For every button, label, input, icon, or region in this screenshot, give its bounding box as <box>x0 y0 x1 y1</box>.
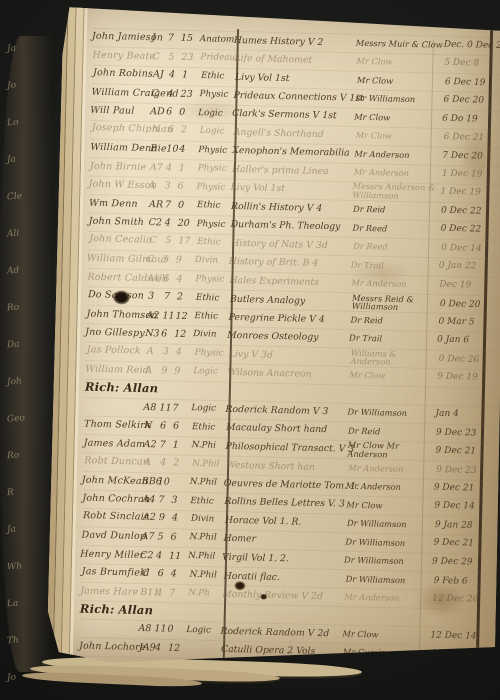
press-number: 7 <box>164 292 177 302</box>
class-name: Divin <box>195 257 229 267</box>
borrower-name: Robt Duncan <box>84 456 144 467</box>
class-name: Logic <box>198 109 232 119</box>
return-date: Dec 19 <box>439 280 500 291</box>
borrower-name: Do Samson <box>88 290 148 301</box>
professor-name: Dr Reed <box>353 242 441 253</box>
press-number: 4 <box>169 71 182 81</box>
class-name: Ethic <box>201 72 235 82</box>
professor-name: Mr Clow <box>349 371 437 382</box>
borrower-name: Davd Dunlop <box>81 531 141 542</box>
book-title: Philosophical Transact. V 3 <box>226 442 348 454</box>
return-date: 9 Jan 28 <box>435 521 500 532</box>
class-name: Logic <box>186 626 220 636</box>
book-title <box>227 391 349 394</box>
class-code: N3 <box>145 329 161 339</box>
class-code: B11 <box>140 588 156 598</box>
press-number: 10 <box>166 145 179 155</box>
press-number: 6 <box>166 108 179 118</box>
press-number: 6 <box>158 569 171 579</box>
professor-name: Dr Williamson <box>347 519 435 530</box>
edge-fragment: Ro <box>7 303 20 314</box>
edge-fragment: Joh <box>7 376 22 387</box>
edge-fragment: Lo <box>7 118 19 129</box>
professor-name: Dr Williamson <box>345 537 433 548</box>
professor-name: Mr Clow Mr Anderson <box>347 440 435 459</box>
return-date: 6 Dec 19 <box>445 78 500 89</box>
borrower-name: Jas Pollock <box>87 346 147 357</box>
professor-name: Mr Anderson <box>348 463 436 474</box>
class-code: 3 <box>148 292 164 302</box>
borrower-name: Jas Brumfield <box>82 567 142 578</box>
class-code: A <box>144 458 160 468</box>
borrower-name: Henry Beate <box>92 51 152 62</box>
borrower-name: John Lochore <box>79 642 139 653</box>
return-date: 0 Dec 26 <box>439 355 500 366</box>
shelf-number: 12 <box>175 311 194 321</box>
book-title: History of Nats V 3d <box>231 238 353 250</box>
professor-name <box>344 615 432 617</box>
professor-name: Mr Anderson <box>354 168 442 179</box>
edge-fragment: Da <box>7 340 20 351</box>
book-title: Monthly Review V 2d <box>222 589 344 601</box>
class-code: C <box>152 52 168 62</box>
press-number: 4 <box>156 588 169 598</box>
shelf-number: 1 <box>182 71 201 81</box>
edge-fragment: Ro <box>7 451 20 462</box>
edge-fragment: Jo <box>7 673 17 684</box>
class-code: J <box>152 34 168 44</box>
class-name: Logic <box>200 127 234 137</box>
return-date: Jan 4 <box>435 410 500 421</box>
book-title: Rollin's History V 4 <box>231 202 353 214</box>
shelf-number: 2 <box>177 292 196 302</box>
professor-name: Dr Williamson <box>346 574 434 585</box>
shelf-number: 4 <box>171 569 190 579</box>
page-edge-fragments: JaJoLoJaCleAliAdRoDaJohGeoRoRJaWhLaThJo <box>5 44 47 674</box>
book-title: Clark's Sermons V 1st <box>232 109 354 121</box>
borrower-name: William Gilmour <box>87 254 147 265</box>
shelf-number: 23 <box>180 90 199 100</box>
borrower-name: John Cecalio <box>89 235 149 246</box>
shelf-number: 2 <box>173 459 192 469</box>
shelf-number: 12 <box>174 330 193 340</box>
book-title: Wilsons Anacreon <box>227 368 349 380</box>
shelf-number: 6 <box>177 182 196 192</box>
class-code: C <box>142 569 158 579</box>
class-code: B <box>150 144 166 154</box>
book-title: Hales Experiments <box>229 276 351 288</box>
shelf-number: 1 <box>179 163 198 173</box>
class-code: A2 <box>143 513 159 523</box>
press-number: 11 <box>154 625 167 635</box>
press-number: 5 <box>157 532 170 542</box>
edge-fragment: Jo <box>7 81 17 92</box>
press-number: 9 <box>161 366 174 376</box>
return-date: 9 Dec 21 <box>434 484 500 495</box>
class-name: Logic <box>193 367 227 377</box>
professor-name: Dr Trail <box>351 260 439 271</box>
class-name: Ethic <box>197 201 231 211</box>
edge-fragment: Geo <box>7 413 26 424</box>
borrower-name: Robert Caldwell <box>87 272 147 283</box>
shelf-number: 4 <box>172 514 191 524</box>
press-number: 11 <box>162 311 175 321</box>
class-code: A2 <box>144 440 160 450</box>
class-name: Anatom <box>200 35 234 45</box>
book-title: Roderick Random V 3 <box>225 405 347 417</box>
return-date: 5 Dec 8 <box>444 59 500 70</box>
class-name: Ethic <box>194 312 228 322</box>
professor-name: Dr Williamson <box>355 94 443 105</box>
class-name: N.Phil <box>192 459 226 469</box>
professor-name: Dr Reid <box>353 205 441 216</box>
return-date: 6 Dec 21 <box>444 133 500 144</box>
class-code: A7 <box>150 163 166 173</box>
return-date: 9 Dec 21 <box>433 539 500 550</box>
class-code: A4 <box>142 495 158 505</box>
class-code: A <box>145 366 161 376</box>
ledger-page: John Jamieson J 7 15 Anatom Humes Histor… <box>44 0 500 685</box>
shelf-number: 6 <box>170 533 189 543</box>
shelf-number: 12 <box>168 644 187 654</box>
class-name: N.Phi <box>192 441 226 451</box>
press-number: 6 <box>163 274 176 284</box>
professor-name: Dr Reed <box>353 223 441 234</box>
book-title: Roderick Random V 2d <box>220 626 342 638</box>
return-date: 0 Jan 6 <box>437 336 500 347</box>
return-date: 12 Dec 26 <box>432 594 500 605</box>
class-name: Physic <box>199 90 233 100</box>
professor-name: Dr Reid <box>348 426 436 437</box>
class-code: C2 <box>149 218 165 228</box>
press-number: 4 <box>160 458 173 468</box>
shelf-number: 20 <box>178 219 197 229</box>
professor-name: Mr Anderson <box>354 149 442 160</box>
press-number: 3 <box>164 182 177 192</box>
return-date: 9 Dec 23 <box>436 428 500 439</box>
borrower-name: William Craigend <box>92 88 152 99</box>
book-title <box>222 613 344 616</box>
class-name: Ethic <box>192 423 226 433</box>
class-name: N.Phil <box>189 534 223 544</box>
return-date: 0 Dec 14 <box>441 244 500 255</box>
shelf-number: 0 <box>179 108 198 118</box>
book-title: Rollins Belles Lettres V. 3 <box>224 497 346 509</box>
edge-fragment: R <box>7 488 14 498</box>
shelf-number: 2 <box>181 126 200 136</box>
press-number: 11 <box>159 403 172 413</box>
shelf-number: 4 <box>176 348 195 358</box>
shelf-number: 7 <box>172 404 191 414</box>
class-code: C2 <box>140 551 156 561</box>
class-code: C <box>149 236 165 246</box>
return-date: 0 Jan 22 <box>439 262 500 273</box>
borrower-name: Thom Selkirk <box>84 420 144 431</box>
book-title: Prideaux Connections V 1st <box>233 91 355 103</box>
book-title: Livy Vol 1st <box>235 72 357 84</box>
book-title: Butlers Analogy <box>230 294 352 306</box>
borrower-name: Henry Miller <box>80 549 140 560</box>
shelf-number: 7 <box>169 588 188 598</box>
professor-name: Mr Anderson <box>351 279 439 290</box>
edge-fragment: La <box>7 599 19 610</box>
class-name: Physic <box>195 275 229 285</box>
borrower-name: John Birnie <box>90 161 150 172</box>
class-name: Prideaux <box>200 53 234 63</box>
professor-name: Messrs Muir & Clow <box>356 39 444 50</box>
return-date: 6 Do 19 <box>442 114 500 125</box>
professor-name: Mr Clow <box>356 57 444 68</box>
return-date: 6 Dec 20 <box>443 96 500 107</box>
press-number: 7 <box>168 34 181 44</box>
professor-name: Dr Williamson <box>344 556 432 567</box>
shelf-number: 15 <box>181 34 200 44</box>
press-number: 4 <box>165 219 178 229</box>
return-date: 0 Dec 22 <box>441 207 500 218</box>
edge-fragment: Th <box>7 636 19 647</box>
edge-fragment: Wh <box>7 561 23 572</box>
shelf-number: 9 <box>176 256 195 266</box>
class-name: Divin <box>191 515 225 525</box>
class-code: A <box>148 181 164 191</box>
press-number: 5 <box>165 237 178 247</box>
class-code: A7 <box>141 532 157 542</box>
borrower-name: James Hare <box>80 586 140 597</box>
class-code: N <box>152 126 168 136</box>
class-code: C <box>151 89 167 99</box>
class-name: Logic <box>191 404 225 414</box>
professor-name: Mr Anderson <box>344 593 432 604</box>
book-title: Haller's prima Linea <box>232 165 354 177</box>
class-name <box>193 390 227 391</box>
edge-fragment: Ali <box>7 229 20 240</box>
class-code: N <box>144 421 160 431</box>
shelf-number: 17 <box>178 237 197 247</box>
press-number: 4 <box>167 89 180 99</box>
borrower-name: Wm Denn <box>89 198 149 209</box>
return-date: 9 Dec 14 <box>434 502 500 513</box>
class-name: Ethic <box>196 293 230 303</box>
borrower-name: Joseph Chipman <box>92 124 152 135</box>
class-code: AR <box>149 200 165 210</box>
borrower-name <box>83 406 143 407</box>
press-number: 10 <box>158 477 171 487</box>
class-code: AJ <box>153 70 169 80</box>
borrower-name: Rich: Allan <box>80 604 140 617</box>
press-number: 7 <box>165 200 178 210</box>
class-name: N.Phil <box>188 552 222 562</box>
borrower-name: William Dennie <box>90 143 150 154</box>
return-date: 9 Feb 6 <box>434 576 500 587</box>
press-number: 6 <box>168 126 181 136</box>
class-name: N.Phil <box>190 570 224 580</box>
book-title: Xenophon's Memorabilia <box>232 146 354 158</box>
class-name: Physic <box>195 349 229 359</box>
return-date: 9 Dec 21 <box>435 447 500 458</box>
return-date: 7 Dec 20 <box>442 151 500 162</box>
return-date: 0 Dec 22 <box>440 225 500 236</box>
book-title: Macaulay Short hand <box>226 423 348 435</box>
class-code: JA9 <box>139 643 155 653</box>
class-code: AU <box>147 274 163 284</box>
edge-fragment: Ja <box>7 525 17 536</box>
return-date: 12 Dec 14 <box>430 631 500 642</box>
professor-name: Dr Reid <box>350 316 438 327</box>
borrower-name <box>78 628 138 629</box>
class-code: AD <box>150 107 166 117</box>
class-name: N.Phil <box>190 478 224 488</box>
return-date: 9 Dec 29 <box>432 557 500 568</box>
book-title: Peregrine Pickle V 4 <box>228 313 350 325</box>
professor-name: Mr Clow <box>346 500 434 511</box>
ledger-rows: John Jamieson J 7 15 Anatom Humes Histor… <box>79 28 500 668</box>
professor-name: Mr Clow <box>356 131 444 142</box>
book-title: Monroes Osteology <box>227 331 349 343</box>
shelf-number: 11 <box>169 551 188 561</box>
shelf-number: 4 <box>176 274 195 284</box>
book-title: History of Brit. B 4 <box>229 257 351 269</box>
return-date: 0 Dec 20 <box>440 299 500 310</box>
borrower-name: Will Paul <box>90 106 150 117</box>
borrower-name: John W Esson <box>88 180 148 191</box>
shelf-number: 9 <box>174 367 193 377</box>
borrower-name: James Adam <box>84 438 144 449</box>
ink-squiggle <box>399 649 437 669</box>
class-name: Physic <box>198 164 232 174</box>
book-title: Durham's Ph. Theology <box>231 220 353 232</box>
borrower-name: John Thomson <box>86 309 146 320</box>
edge-fragment: Ja <box>7 44 17 55</box>
shelf-number: 1 <box>173 440 192 450</box>
borrower-name: John Cochran <box>82 494 142 505</box>
press-number: 4 <box>156 551 169 561</box>
class-name: Physic <box>197 220 231 230</box>
press-number: 9 <box>159 514 172 524</box>
press-number: 5 <box>168 52 181 62</box>
class-code: A8 <box>143 403 159 413</box>
class-name: Ethic <box>197 238 231 248</box>
shelf-number: 6 <box>173 422 192 432</box>
borrower-name: William Reid <box>85 365 145 376</box>
professor-name: Dr Trail <box>349 334 437 345</box>
press-number: 4 <box>166 163 179 173</box>
borrower-name: Jno Gillespy <box>85 328 145 339</box>
return-date: 12 Jan 6 <box>431 650 500 661</box>
borrower-name: John Smith <box>89 217 149 228</box>
book-title: Horace Vol 1. R. <box>225 515 347 527</box>
professor-name: Mr Clow <box>357 76 445 87</box>
press-number: 6 <box>161 329 174 339</box>
book-title: Angell's Shorthand <box>234 128 356 140</box>
press-number: 5 <box>163 255 176 265</box>
professor-name: Messrs Anderson & Williamson <box>352 182 440 201</box>
class-name <box>188 612 222 613</box>
book-title: Life of Mahomet <box>234 54 356 66</box>
return-date <box>437 396 500 398</box>
return-date: 1 Dec 19 <box>442 170 500 181</box>
press-number: 7 <box>160 440 173 450</box>
book-title: Horatii flac. <box>224 571 346 583</box>
shelf-number: 0 <box>167 625 186 635</box>
professor-name <box>349 394 437 396</box>
edge-fragment: Ja <box>7 155 17 166</box>
press-number: 7 <box>158 496 171 506</box>
book-title: Livy V 3d <box>229 349 351 361</box>
class-name: Physic <box>198 146 232 156</box>
class-name: N.Ph <box>188 589 222 599</box>
book-title: Homer <box>223 534 345 546</box>
class-name: Physic <box>196 183 230 193</box>
class-code: C <box>147 255 163 265</box>
borrower-name: Robt Sinclair <box>83 512 143 523</box>
class-code: A2 <box>146 311 162 321</box>
class-name: Divin <box>193 330 227 340</box>
book-title: Livy Vol 1st <box>230 183 352 195</box>
book-title: Westons Short han <box>226 460 348 472</box>
borrower-name: John McKean <box>82 475 142 486</box>
professor-name: Mr Clow <box>342 629 430 640</box>
borrower-name: John Jamieson <box>92 32 152 43</box>
class-code: A <box>147 347 163 357</box>
class-code: A8 <box>138 624 154 634</box>
class-code: BB6 <box>142 477 158 487</box>
book-title: Catulli Opera 2 Vols <box>221 645 343 657</box>
professor-name: Williams & Anderson <box>350 348 438 368</box>
shelf-number: 23 <box>181 53 200 63</box>
professor-name: Messrs Reid & Williamson <box>352 293 440 313</box>
borrower-name: John Robins <box>93 69 153 80</box>
book-title: Virgil Vol 1. 2. <box>222 553 344 565</box>
return-date: Dec. 0 Dec 21 <box>444 40 500 51</box>
class-name <box>187 649 221 650</box>
book-title: Humes History V 2 <box>234 36 356 48</box>
shelf-number: 3 <box>171 496 190 506</box>
edge-fragment: Ad <box>7 266 20 277</box>
press-number: 6 <box>160 422 173 432</box>
borrower-name: Rich: Allan <box>85 382 145 395</box>
professor-name: Mr Cumin <box>343 648 431 659</box>
professor-name: Mr Anderson <box>346 482 434 493</box>
shelf-number: 4 <box>179 145 198 155</box>
professor-name: Dr Williamson <box>347 408 435 419</box>
edge-fragment: Cle <box>7 191 23 202</box>
return-date: 9 Dec 23 <box>436 466 500 477</box>
return-date <box>432 617 500 619</box>
class-name: Ethic <box>190 497 224 507</box>
photo-background: { "canvas": { "background_color": "#1a1a… <box>0 0 500 700</box>
return-date: 0 Mar 5 <box>438 317 500 328</box>
press-number: 4 <box>155 643 168 653</box>
press-number: 3 <box>163 347 176 357</box>
return-date: 1 Dec 19 <box>440 188 500 199</box>
professor-name: Mr Clow <box>354 112 442 123</box>
shelf-number: 0 <box>178 200 197 210</box>
return-date: 9 Dec 19 <box>437 373 500 384</box>
book-title: Oeuvres de Mariotte Tom. 1. <box>224 479 346 491</box>
